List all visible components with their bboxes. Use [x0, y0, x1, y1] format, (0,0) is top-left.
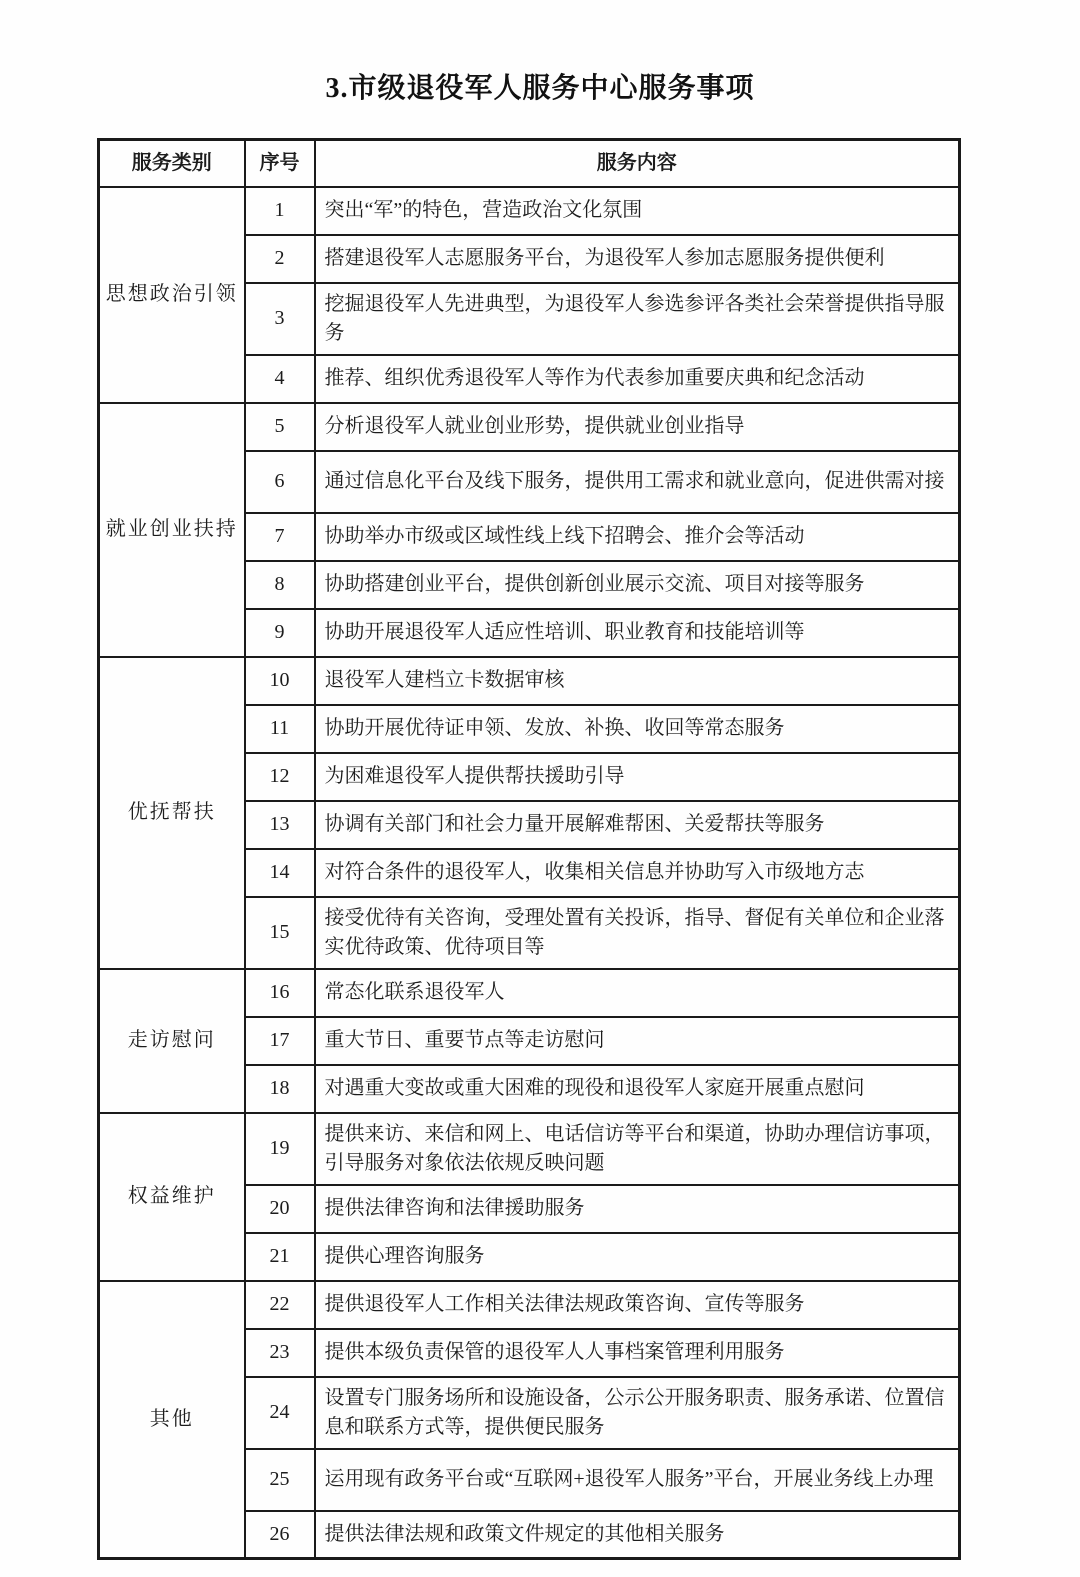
row-number: 9 — [245, 609, 315, 657]
row-number: 23 — [245, 1329, 315, 1377]
header-no: 序号 — [245, 140, 315, 187]
category-cell: 走访慰问 — [99, 969, 245, 1113]
service-content: 常态化联系退役军人 — [315, 969, 960, 1017]
row-number: 13 — [245, 801, 315, 849]
row-number: 3 — [245, 283, 315, 355]
service-content: 设置专门服务场所和设施设备，公示公开服务职责、服务承诺、位置信息和联系方式等，提… — [315, 1377, 960, 1449]
document-page: 3.市级退役军人服务中心服务事项 服务类别 序号 服务内容 思想政治引领 1 突… — [0, 0, 1080, 1577]
service-content: 提供心理咨询服务 — [315, 1233, 960, 1281]
table-row: 其他 22 提供退役军人工作相关法律法规政策咨询、宣传等服务 — [99, 1281, 960, 1329]
service-content: 协调有关部门和社会力量开展解难帮困、关爱帮扶等服务 — [315, 801, 960, 849]
row-number: 12 — [245, 753, 315, 801]
row-number: 17 — [245, 1017, 315, 1065]
service-content: 协助搭建创业平台，提供创新创业展示交流、项目对接等服务 — [315, 561, 960, 609]
service-content: 运用现有政务平台或“互联网+退役军人服务”平台，开展业务线上办理 — [315, 1449, 960, 1511]
service-content: 挖掘退役军人先进典型，为退役军人参选参评各类社会荣誉提供指导服务 — [315, 283, 960, 355]
row-number: 21 — [245, 1233, 315, 1281]
category-cell: 优抚帮扶 — [99, 657, 245, 969]
row-number: 11 — [245, 705, 315, 753]
service-content: 协助举办市级或区域性线上线下招聘会、推介会等活动 — [315, 513, 960, 561]
service-content: 对符合条件的退役军人，收集相关信息并协助写入市级地方志 — [315, 849, 960, 897]
row-number: 2 — [245, 235, 315, 283]
row-number: 5 — [245, 403, 315, 451]
service-content: 提供退役军人工作相关法律法规政策咨询、宣传等服务 — [315, 1281, 960, 1329]
table-row: 走访慰问 16 常态化联系退役军人 — [99, 969, 960, 1017]
category-cell: 思想政治引领 — [99, 187, 245, 403]
row-number: 15 — [245, 897, 315, 969]
service-content: 提供法律法规和政策文件规定的其他相关服务 — [315, 1511, 960, 1559]
table-row: 就业创业扶持 5 分析退役军人就业创业形势，提供就业创业指导 — [99, 403, 960, 451]
category-cell: 权益维护 — [99, 1113, 245, 1281]
service-content: 接受优待有关咨询，受理处置有关投诉，指导、督促有关单位和企业落实优待政策、优待项… — [315, 897, 960, 969]
row-number: 25 — [245, 1449, 315, 1511]
row-number: 8 — [245, 561, 315, 609]
row-number: 4 — [245, 355, 315, 403]
service-content: 分析退役军人就业创业形势，提供就业创业指导 — [315, 403, 960, 451]
service-content: 为困难退役军人提供帮扶援助引导 — [315, 753, 960, 801]
row-number: 10 — [245, 657, 315, 705]
row-number: 14 — [245, 849, 315, 897]
row-number: 22 — [245, 1281, 315, 1329]
service-content: 搭建退役军人志愿服务平台，为退役军人参加志愿服务提供便利 — [315, 235, 960, 283]
service-content: 突出“军”的特色，营造政治文化氛围 — [315, 187, 960, 235]
header-row: 服务类别 序号 服务内容 — [99, 140, 960, 187]
service-content: 协助开展退役军人适应性培训、职业教育和技能培训等 — [315, 609, 960, 657]
service-items-table: 服务类别 序号 服务内容 思想政治引领 1 突出“军”的特色，营造政治文化氛围 … — [97, 138, 961, 1560]
service-content: 协助开展优待证申领、发放、补换、收回等常态服务 — [315, 705, 960, 753]
row-number: 26 — [245, 1511, 315, 1559]
header-category: 服务类别 — [99, 140, 245, 187]
service-content: 对遇重大变故或重大困难的现役和退役军人家庭开展重点慰问 — [315, 1065, 960, 1113]
table-row: 权益维护 19 提供来访、来信和网上、电话信访等平台和渠道，协助办理信访事项，引… — [99, 1113, 960, 1185]
row-number: 19 — [245, 1113, 315, 1185]
row-number: 20 — [245, 1185, 315, 1233]
row-number: 16 — [245, 969, 315, 1017]
service-content: 重大节日、重要节点等走访慰问 — [315, 1017, 960, 1065]
page-title: 3.市级退役军人服务中心服务事项 — [0, 0, 1080, 106]
service-content: 提供本级负责保管的退役军人人事档案管理利用服务 — [315, 1329, 960, 1377]
service-content: 推荐、组织优秀退役军人等作为代表参加重要庆典和纪念活动 — [315, 355, 960, 403]
row-number: 24 — [245, 1377, 315, 1449]
row-number: 6 — [245, 451, 315, 513]
service-content: 通过信息化平台及线下服务，提供用工需求和就业意向，促进供需对接 — [315, 451, 960, 513]
table-row: 思想政治引领 1 突出“军”的特色，营造政治文化氛围 — [99, 187, 960, 235]
category-cell: 其他 — [99, 1281, 245, 1559]
row-number: 1 — [245, 187, 315, 235]
row-number: 7 — [245, 513, 315, 561]
service-content: 提供来访、来信和网上、电话信访等平台和渠道，协助办理信访事项，引导服务对象依法依… — [315, 1113, 960, 1185]
service-content: 提供法律咨询和法律援助服务 — [315, 1185, 960, 1233]
table-row: 优抚帮扶 10 退役军人建档立卡数据审核 — [99, 657, 960, 705]
service-content: 退役军人建档立卡数据审核 — [315, 657, 960, 705]
row-number: 18 — [245, 1065, 315, 1113]
header-content: 服务内容 — [315, 140, 960, 187]
category-cell: 就业创业扶持 — [99, 403, 245, 657]
